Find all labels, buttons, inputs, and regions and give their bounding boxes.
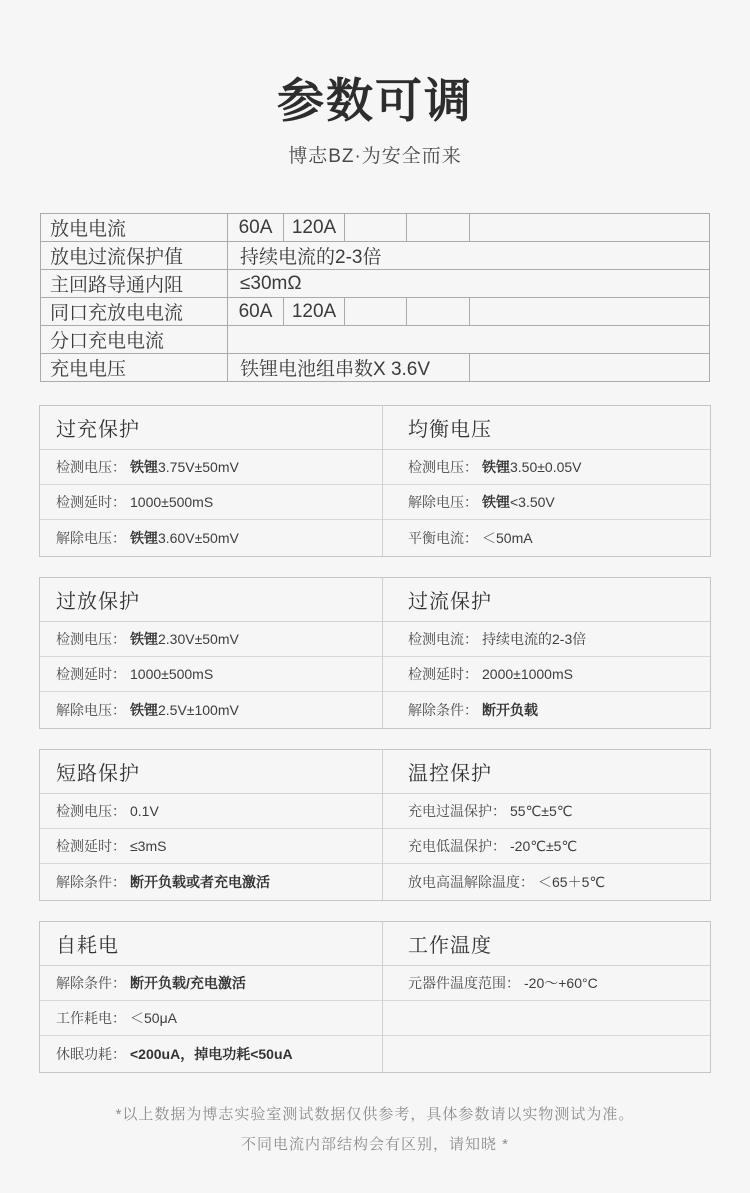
disclaimer-line-1: *以上数据为博志实验室测试数据仅供参考，具体参数请以实物测试为准。 <box>0 1100 750 1130</box>
disclaimer: *以上数据为博志实验室测试数据仅供参考，具体参数请以实物测试为准。 不同电流内部… <box>0 1100 750 1160</box>
cell-value: 持续电流的2-3倍 <box>228 242 710 270</box>
spec-row: 检测电压：铁锂2.30V±50mV <box>40 622 382 657</box>
spec-row: 检测电压：0.1V <box>40 794 382 829</box>
spec-row-empty <box>383 1036 710 1071</box>
cell-empty <box>228 326 710 354</box>
page-subtitle: 博志BZ·为安全而来 <box>0 141 750 168</box>
spec-row: 检测电流：持续电流的2-3倍 <box>383 622 710 657</box>
panel-title: 过充保护 <box>40 406 382 450</box>
cell-value: ≤30mΩ <box>228 270 710 298</box>
panel-title: 短路保护 <box>40 750 382 794</box>
spec-row: 工作耗电：＜50μA <box>40 1001 382 1036</box>
cell-value: 60A <box>228 298 284 326</box>
spec-table: 放电电流 60A 120A 放电过流保护值 持续电流的2-3倍 主回路导通内阻 … <box>40 213 710 382</box>
row-label: 分口充电电流 <box>41 326 228 354</box>
panel-working-temperature: 工作温度 元器件温度范围：-20～+60°C <box>383 922 710 1072</box>
cell-value: 120A <box>284 214 345 242</box>
panel-overdischarge-protection: 过放保护 检测电压：铁锂2.30V±50mV 检测延时：1000±500mS 解… <box>40 578 383 728</box>
cell-empty <box>345 214 407 242</box>
cell-value: 120A <box>284 298 345 326</box>
panel-title: 自耗电 <box>40 922 382 966</box>
table-row-split-port-current: 分口充电电流 <box>41 326 710 354</box>
panel-overcurrent-protection: 过流保护 检测电流：持续电流的2-3倍 检测延时：2000±1000mS 解除条… <box>383 578 710 728</box>
spec-row: 检测延时：1000±500mS <box>40 485 382 520</box>
panel-short-circuit-protection: 短路保护 检测电压：0.1V 检测延时：≤3mS 解除条件：断开负载或者充电激活 <box>40 750 383 900</box>
spec-sheet-page: 参数可调 博志BZ·为安全而来 放电电流 60A 120A 放电过流保护值 持续… <box>0 0 750 1193</box>
panel-title: 过放保护 <box>40 578 382 622</box>
spec-row: 解除条件：断开负载或者充电激活 <box>40 864 382 899</box>
spec-row: 充电过温保护：55℃±5℃ <box>383 794 710 829</box>
row-label: 充电电压 <box>41 354 228 382</box>
cell-empty <box>470 354 710 382</box>
spec-row: 检测延时：1000±500mS <box>40 657 382 692</box>
panel-overcharge-protection: 过充保护 检测电压：铁锂3.75V±50mV 检测延时：1000±500mS 解… <box>40 406 383 556</box>
spec-row: 放电高温解除温度：＜65＋5℃ <box>383 864 710 899</box>
cell-empty <box>470 298 710 326</box>
table-row-overcurrent-protect-value: 放电过流保护值 持续电流的2-3倍 <box>41 242 710 270</box>
panel-group-4: 自耗电 解除条件：断开负载/充电激活 工作耗电：＜50μA 休眠功耗：<200u… <box>39 921 711 1073</box>
table-row-main-loop-resistance: 主回路导通内阻 ≤30mΩ <box>41 270 710 298</box>
panel-balance-voltage: 均衡电压 检测电压：铁锂3.50±0.05V 解除电压：铁锂<3.50V 平衡电… <box>383 406 710 556</box>
page-title: 参数可调 <box>0 74 750 128</box>
panel-title: 均衡电压 <box>383 406 710 450</box>
cell-value: 60A <box>228 214 284 242</box>
panel-group-1: 过充保护 检测电压：铁锂3.75V±50mV 检测延时：1000±500mS 解… <box>39 405 711 557</box>
cell-value: 铁锂电池组串数X 3.6V <box>228 354 470 382</box>
panel-temperature-protection: 温控保护 充电过温保护：55℃±5℃ 充电低温保护：-20℃±5℃ 放电高温解除… <box>383 750 710 900</box>
spec-row: 解除电压：铁锂2.5V±100mV <box>40 692 382 727</box>
table-row-charge-voltage: 充电电压 铁锂电池组串数X 3.6V <box>41 354 710 382</box>
cell-empty <box>345 298 407 326</box>
panel-title: 温控保护 <box>383 750 710 794</box>
row-label: 放电过流保护值 <box>41 242 228 270</box>
table-row-same-port-current: 同口充放电电流 60A 120A <box>41 298 710 326</box>
spec-row: 元器件温度范围：-20～+60°C <box>383 966 710 1001</box>
spec-row: 休眠功耗：<200uA，掉电功耗<50uA <box>40 1036 382 1071</box>
disclaimer-line-2: 不同电流内部结构会有区别，请知晓 * <box>0 1130 750 1160</box>
row-label: 放电电流 <box>41 214 228 242</box>
cell-empty <box>407 214 470 242</box>
cell-empty <box>470 214 710 242</box>
spec-row: 检测电压：铁锂3.50±0.05V <box>383 450 710 485</box>
spec-row: 解除电压：铁锂<3.50V <box>383 485 710 520</box>
row-label: 主回路导通内阻 <box>41 270 228 298</box>
spec-row: 解除条件：断开负载 <box>383 692 710 727</box>
spec-row: 解除条件：断开负载/充电激活 <box>40 966 382 1001</box>
spec-row: 检测电压：铁锂3.75V±50mV <box>40 450 382 485</box>
row-label: 同口充放电电流 <box>41 298 228 326</box>
spec-row: 平衡电流：＜50mA <box>383 520 710 555</box>
panel-group-2: 过放保护 检测电压：铁锂2.30V±50mV 检测延时：1000±500mS 解… <box>39 577 711 729</box>
spec-row: 检测延时：2000±1000mS <box>383 657 710 692</box>
spec-row: 检测延时：≤3mS <box>40 829 382 864</box>
panel-title: 过流保护 <box>383 578 710 622</box>
panel-title: 工作温度 <box>383 922 710 966</box>
cell-empty <box>407 298 470 326</box>
panel-group-3: 短路保护 检测电压：0.1V 检测延时：≤3mS 解除条件：断开负载或者充电激活… <box>39 749 711 901</box>
panel-self-consumption: 自耗电 解除条件：断开负载/充电激活 工作耗电：＜50μA 休眠功耗：<200u… <box>40 922 383 1072</box>
spec-row: 充电低温保护：-20℃±5℃ <box>383 829 710 864</box>
spec-row-empty <box>383 1001 710 1036</box>
spec-row: 解除电压：铁锂3.60V±50mV <box>40 520 382 555</box>
table-row-discharge-current: 放电电流 60A 120A <box>41 214 710 242</box>
